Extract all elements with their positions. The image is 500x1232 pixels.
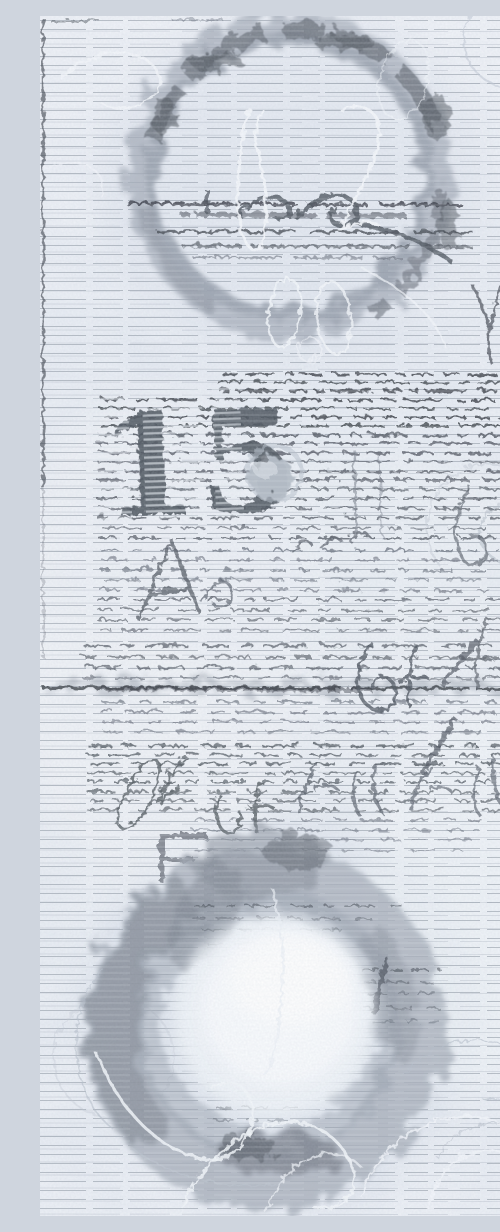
abstract-painting: 15 <box>40 16 500 1216</box>
painting-canvas: 15 <box>40 16 500 1216</box>
light-scratch-overlay <box>40 17 500 1216</box>
